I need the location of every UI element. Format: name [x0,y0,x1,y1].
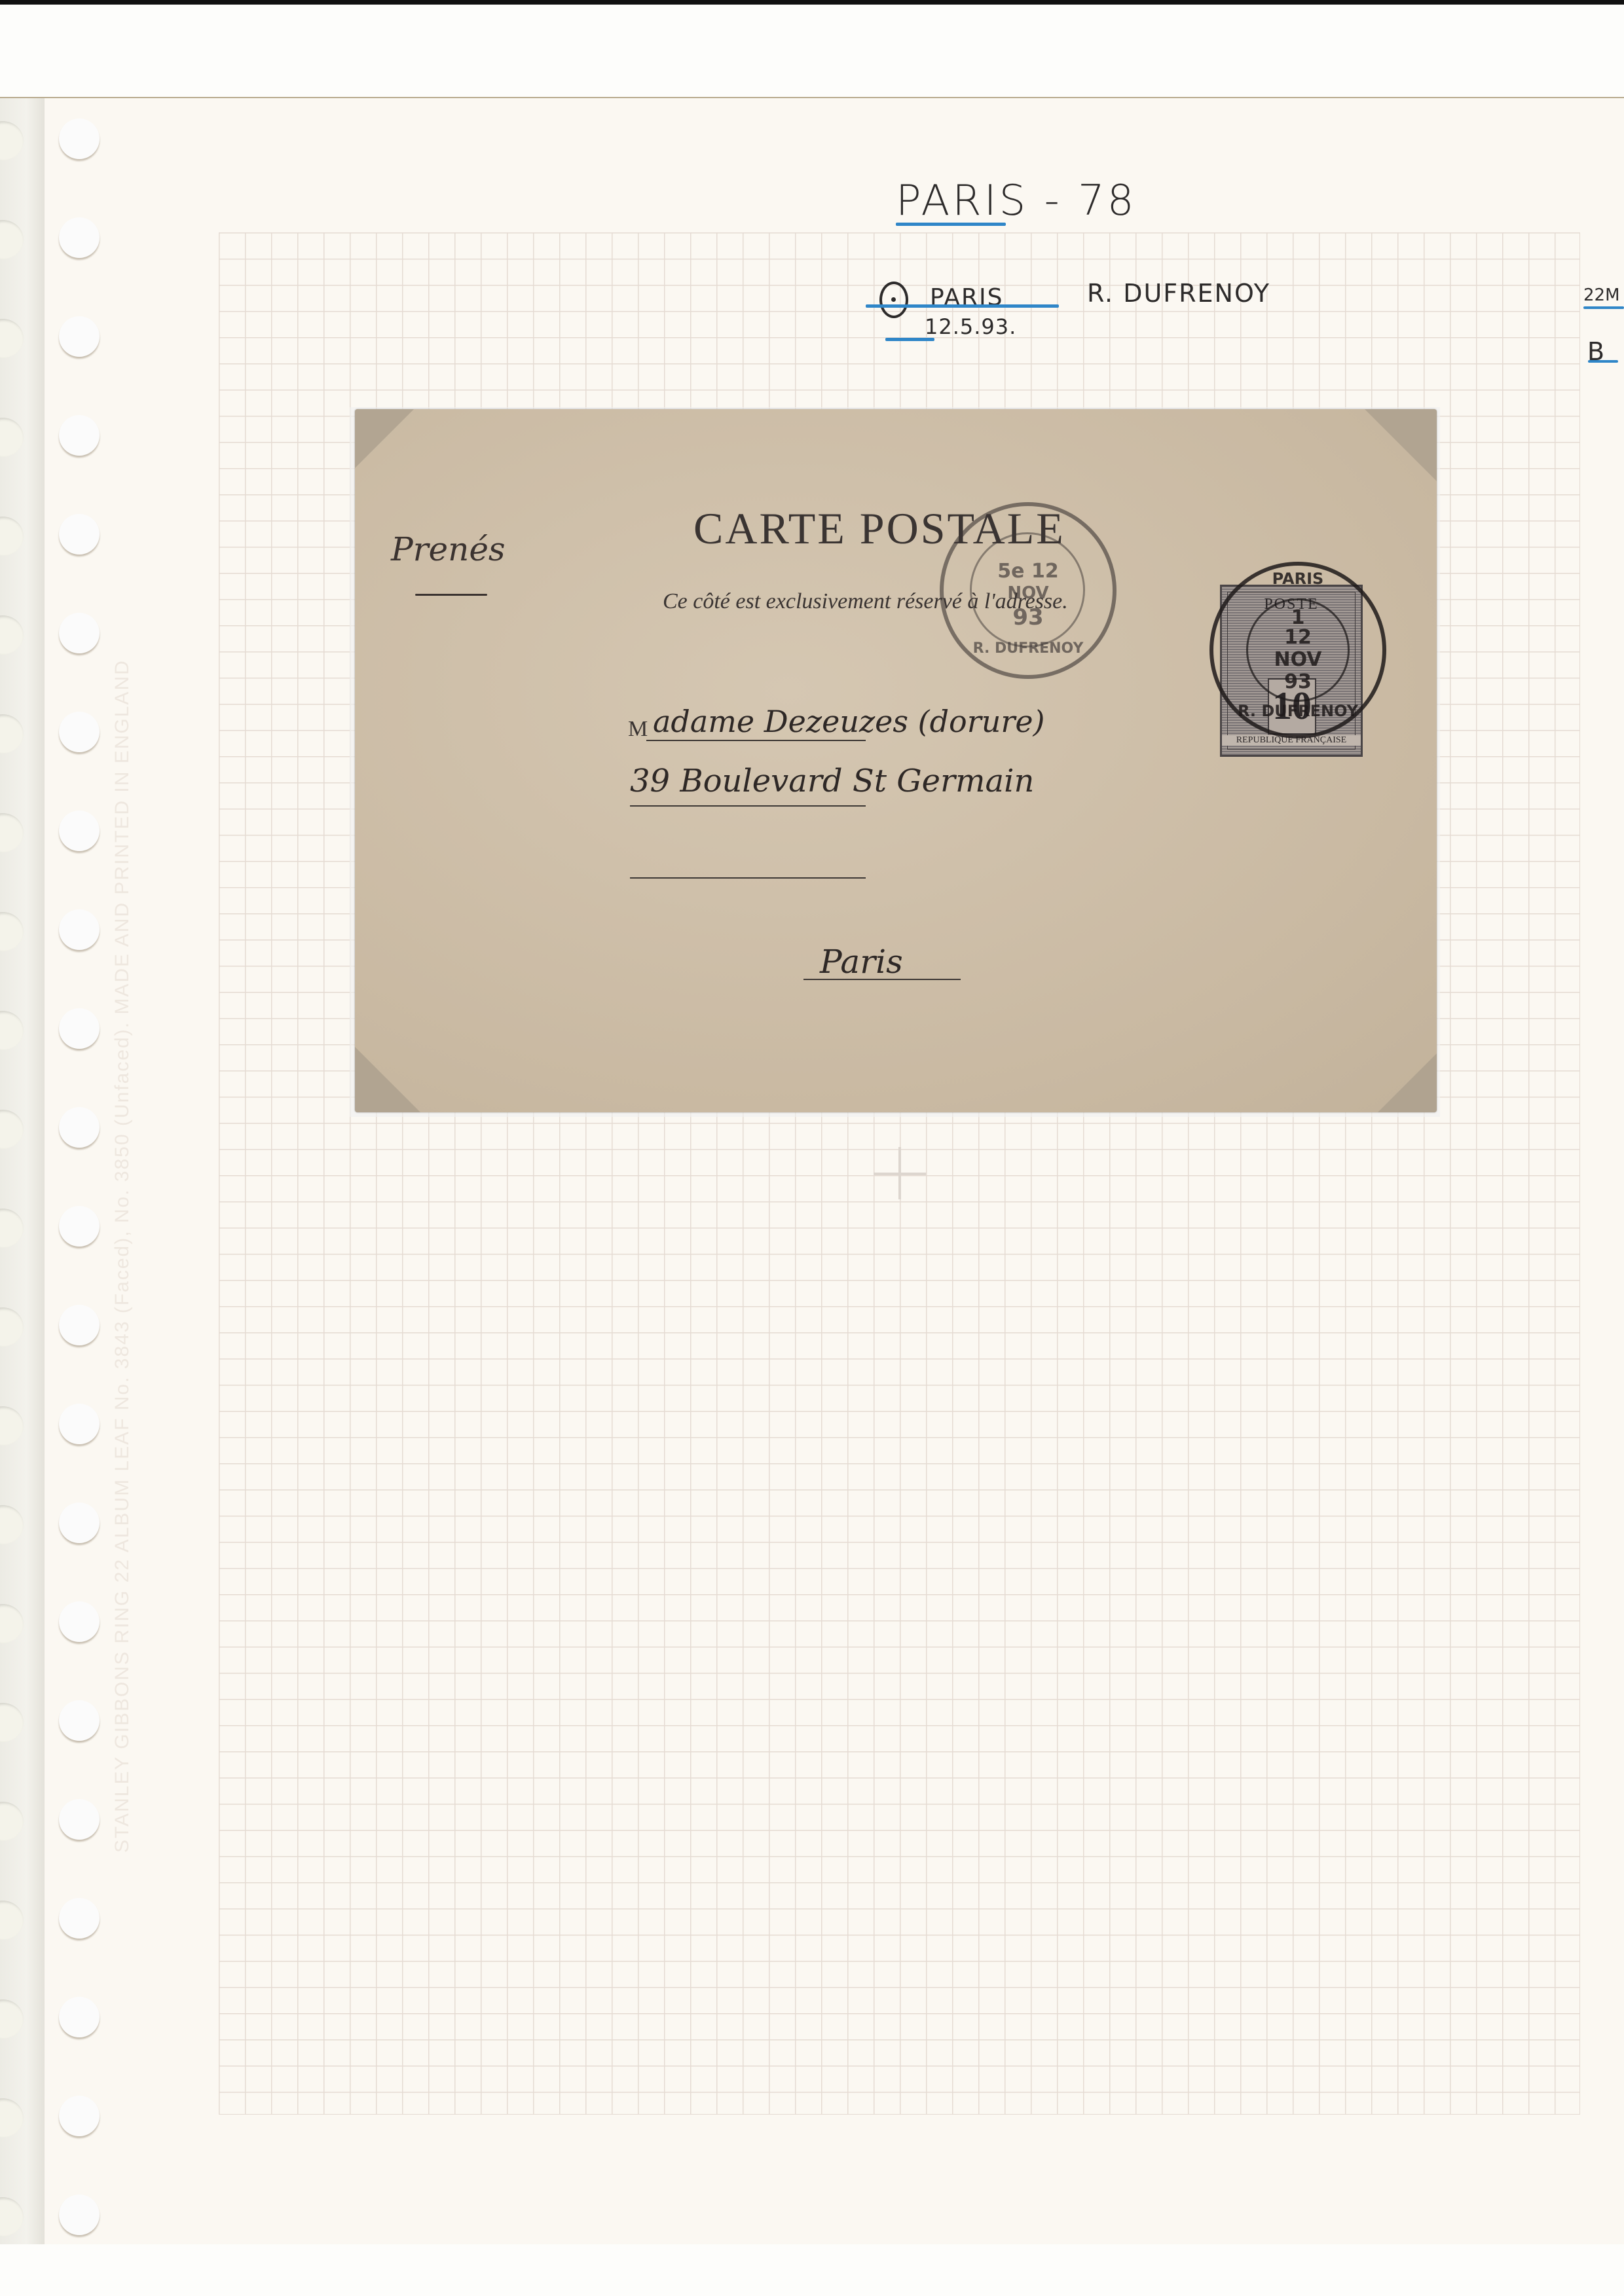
punch-disc [59,1305,100,1345]
punch-disc [59,1700,100,1741]
postmark-month: NOV [1213,648,1382,671]
arrival-day: 12 [1031,560,1059,583]
arrival-office: R. DUFRENOY [944,640,1113,657]
mount-corner [1365,409,1437,481]
pencil-underline [415,594,487,596]
punch-disc [59,1503,100,1543]
grade-underline [1588,360,1618,363]
punch-disc [59,1601,100,1642]
punch-disc [59,811,100,851]
leaf-imprint: STANLEY GIBBONS RING 22 ALBUM LEAF No. 3… [111,609,138,1853]
postmark-date: 12.5.93. [925,314,1016,339]
address-line-2: 39 Boulevard St Germain [630,763,1034,799]
circle-dot-icon [879,282,908,318]
size-underline [1583,306,1624,309]
heading-underline [896,223,1006,226]
size-note: 22M [1583,285,1620,305]
postmark-underline [866,304,1059,308]
date-underline [885,338,934,341]
punch-disc [59,2096,100,2136]
address-rule [803,979,961,980]
address-rule [630,805,866,807]
postmark-day: 12 [1213,626,1382,649]
scanner-edge [0,0,1624,5]
pencil-note: Prenés [391,530,506,568]
arrival-month: NOV [944,583,1113,603]
punch-disc [59,2195,100,2235]
address-rule [646,740,866,741]
punch-disc [59,514,100,555]
mount-corner [355,1047,420,1112]
punch-disc [59,909,100,950]
punch-disc [59,712,100,752]
punch-disc [59,316,100,357]
page-heading: PARIS - 78 [896,177,1136,225]
punch-disc [59,1008,100,1049]
cancel-postmark: PARIS 1 12 NOV 93 R. DUFRENOY [1209,562,1386,738]
punch-disc [59,217,100,258]
punch-disc [59,415,100,456]
postmark-office: R. DUFRENOY [1087,279,1270,308]
mount-corner [355,409,414,468]
punch-disc [59,118,100,159]
mount-corner [1378,1053,1437,1112]
punch-disc [59,1898,100,1939]
punch-disc [59,1206,100,1247]
address-line-1: adame Dezeuzes (dorure) [653,704,1045,739]
punch-disc [59,1799,100,1840]
postmark-year: 93 [1213,670,1382,693]
arrival-year: 93 [944,604,1113,630]
punch-disc [59,613,100,653]
arrival-time: 5e [997,560,1024,583]
postmark-office-text: R. DUFRENOY [1213,702,1382,720]
center-mark [898,1147,901,1199]
punch-disc [59,1404,100,1444]
postmark-town-text: PARIS [1213,570,1382,588]
address-city: Paris [820,943,903,981]
album-leaf: STANLEY GIBBONS RING 22 ALBUM LEAF No. 3… [0,97,1624,2244]
arrival-time-day: 5e 12 [944,560,1113,583]
address-prefix: M [628,717,648,742]
postal-card[interactable]: CARTE POSTALE Ce côté est exclusivement … [355,409,1437,1112]
arrival-postmark: 5e 12 NOV 93 R. DUFRENOY [940,502,1116,679]
address-rule [630,877,866,879]
punch-disc [59,1997,100,2037]
punch-disc [59,1107,100,1148]
